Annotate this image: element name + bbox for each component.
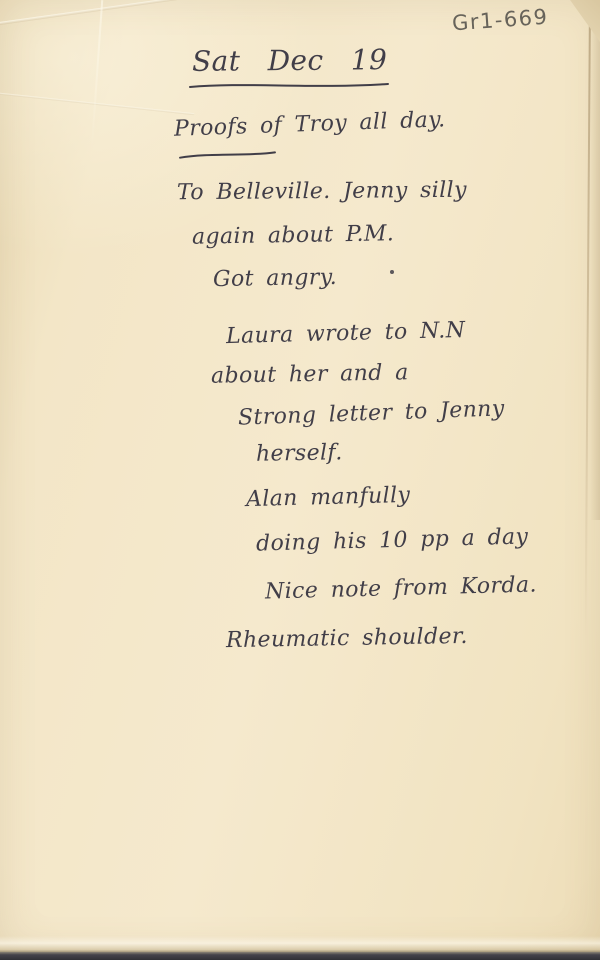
archive-number: Gr1-669 [451,5,549,36]
diary-line: herself. [256,440,343,467]
paper-bottom-edge [0,936,600,952]
diary-line: Got angry. [213,265,337,292]
proofs-underline [178,148,278,161]
diary-line: Laura wrote to N.N [226,318,466,349]
diary-line: again about P.M. [192,221,395,250]
ink-dot [390,270,394,274]
paper-crease [0,91,195,115]
diary-line: Rheumatic shoulder. [226,624,468,653]
date-heading: Sat Dec 19 [192,43,388,78]
diary-line: doing his 10 pp a day [256,524,529,556]
diary-line: Proofs of Troy all day. [174,107,446,141]
page-edge-shade [590,0,600,520]
date-underline [188,80,393,92]
diary-line: Alan manfully [246,483,411,512]
diary-line: about her and a [211,360,409,388]
paper-crease [91,0,103,150]
scan-background: Gr1-669 Sat Dec 19 Proofs of Troy all da… [0,0,600,960]
diary-line: To Belleville. Jenny silly [177,178,467,206]
diary-line: Nice note from Korda. [265,572,537,604]
scan-baseline [0,952,600,960]
manuscript-page: Gr1-669 Sat Dec 19 Proofs of Troy all da… [0,0,600,952]
diary-line: Strong letter to Jenny [238,396,505,430]
